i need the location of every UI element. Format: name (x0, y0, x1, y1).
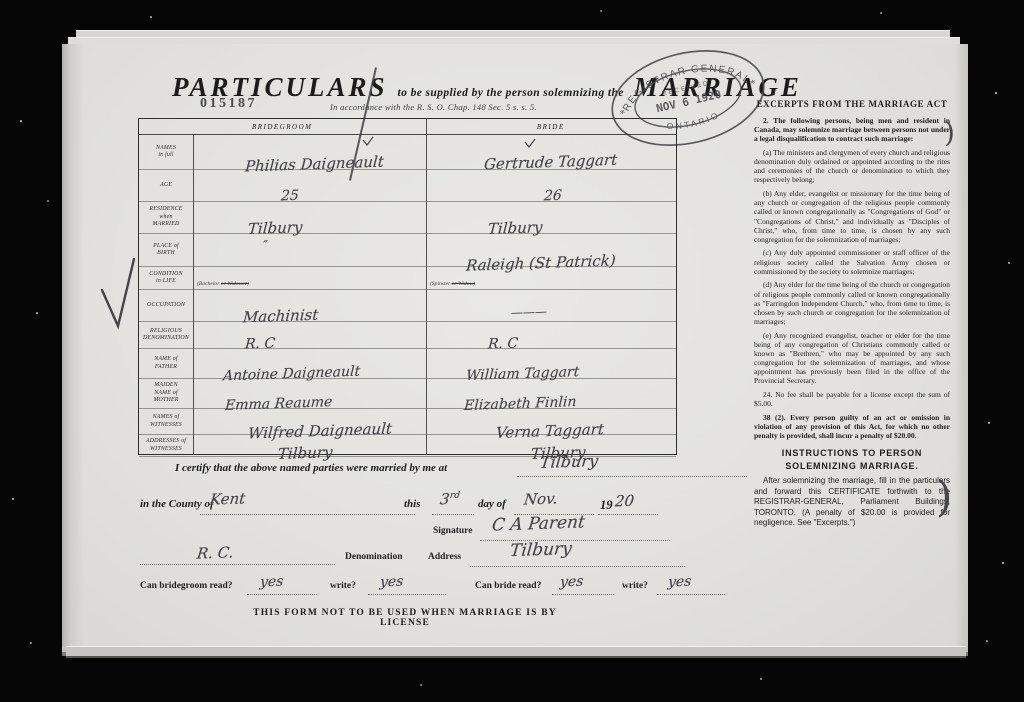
day-value: 3rd (439, 490, 461, 509)
pen-bracket-mark-top: ) (944, 116, 955, 149)
row-label-father: NAME ofFATHER (139, 349, 193, 378)
instructions-heading: INSTRUCTIONS TO PERSON SOLEMNIZING MARRI… (754, 447, 950, 472)
day-of-label: day of (478, 498, 506, 510)
row-label-residence: RESIDENCEwhenMARRIED (139, 202, 193, 233)
year-written: 20 (614, 492, 635, 511)
bride-read-label: Can bride read? (475, 581, 541, 591)
this-label: this (404, 498, 421, 510)
column-header-bride: BRIDE (425, 119, 676, 134)
signature-line (480, 540, 670, 541)
table-row-religion: RELIGIOUSDENOMINATION R. C R. C (139, 322, 676, 349)
row-label-witness-addresses: ADDRESSES ofWITNESSES (139, 435, 193, 456)
stamp-star-right: * (749, 77, 757, 90)
row-label-names: NAMESin full (139, 135, 193, 169)
act-paragraph-c: (c) Any duly appointed commissioner or s… (754, 248, 950, 275)
act-paragraph-a: (a) The ministers and clergymen of every… (754, 148, 950, 185)
row-label-age: AGE (139, 170, 193, 201)
row-label-religion: RELIGIOUSDENOMINATION (139, 322, 193, 348)
table-row-father: NAME ofFATHER Antoine Daigneault William… (139, 349, 676, 379)
table-row-names: NAMESin full Philias Daigneault Gertrude… (139, 135, 676, 170)
form-subtitle: In accordance with the R. S. O. Chap. 14… (330, 102, 537, 112)
table-divider-labels (193, 134, 194, 454)
table-row-occupation: OCCUPATION Machinist ——— (139, 290, 676, 322)
page-edge-bottom (66, 646, 966, 658)
certify-statement: I certify that the above named parties w… (175, 462, 447, 474)
day-line (432, 514, 474, 515)
groom-write-value: yes (379, 574, 404, 591)
table-row-age: AGE 25 26 (139, 170, 676, 202)
denomination-label: Denomination (345, 552, 403, 562)
groom-read-label: Can bridegroom read? (140, 581, 233, 591)
bride-condition-printed: (Spinster or Widow) (430, 281, 475, 287)
groom-write-line (368, 594, 446, 595)
excerpts-heading: EXCERPTS FROM THE MARRIAGE ACT (754, 98, 950, 110)
act-paragraph-b: (b) Any elder, evangelist or missionary … (754, 189, 950, 244)
row-label-condition: CONDITIONin LIFE (139, 267, 193, 289)
bride-read-value: yes (559, 574, 584, 591)
groom-birthplace-ditto: ″ (263, 238, 268, 252)
table-row-condition: CONDITIONin LIFE (Bachelor or Widower) (… (139, 267, 676, 290)
table-row-witnesses: NAMES ofWITNESSES Wilfred Daigneault Ver… (139, 409, 676, 435)
county-line (200, 514, 415, 515)
address-label: Address (428, 552, 461, 562)
bride-occupation-dash: ——— (511, 304, 548, 319)
act-paragraph-24: 24. No fee shall be payable for a licens… (754, 390, 950, 408)
bride-read-line (552, 594, 614, 595)
signature-value: C A Parent (491, 512, 586, 535)
act-paragraph-2: 2. The following persons, being men and … (754, 116, 950, 143)
act-paragraph-d: (d) Any elder for the time being of the … (754, 280, 950, 326)
bride-write-value: yes (667, 574, 692, 591)
denomination-line (140, 564, 335, 565)
address-value: Tilbury (509, 539, 573, 561)
groom-read-line (247, 594, 317, 595)
page-spine-shadow (62, 44, 84, 646)
row-label-birthplace: PLACE ofBIRTH (139, 234, 193, 266)
act-paragraph-e: (e) Any recognized evangelist, teacher o… (754, 331, 950, 386)
certify-place-value: Tilbury (539, 451, 599, 472)
page-right-shadow (954, 44, 968, 646)
pen-bracket-mark-bottom: ) (936, 472, 952, 521)
table-row-residence: RESIDENCEwhenMARRIED Tilbury Tilbury (139, 202, 676, 234)
row-label-mother: MAIDENNAME ofMOTHER (139, 379, 193, 408)
row-label-occupation: OCCUPATION (139, 290, 193, 321)
bride-write-line (657, 594, 725, 595)
groom-write-label: write? (330, 581, 356, 591)
marriage-act-excerpts: EXCERPTS FROM THE MARRIAGE ACT 2. The fo… (754, 98, 950, 644)
county-label: in the County of (140, 498, 214, 510)
serial-number: 015187 (200, 96, 257, 112)
signature-label: Signature (433, 526, 472, 536)
table-row-birthplace: PLACE ofBIRTH ″ Raleigh (St Patrick) (139, 234, 676, 267)
row-label-witnesses: NAMES ofWITNESSES (139, 409, 193, 434)
instructions-body: After solemnizing the marriage, fill in … (754, 476, 950, 528)
table-header-row: BRIDEGROOM BRIDE (139, 119, 676, 135)
month-value: Nov. (523, 489, 559, 508)
groom-witness-address-value: Tilbury (277, 443, 333, 463)
address-line (470, 566, 685, 567)
license-note: THIS FORM NOT TO BE USED WHEN MARRIAGE I… (240, 608, 570, 628)
denomination-value: R. C. (196, 543, 234, 562)
title-middle: to be supplied by the person solemnizing… (398, 87, 624, 99)
table-row-mother: MAIDENNAME ofMOTHER Emma Reaume Elizabet… (139, 379, 676, 409)
year-printed: 19 (600, 498, 613, 513)
year-line (598, 514, 658, 515)
certificate-page: PARTICULARS to be supplied by the person… (62, 44, 968, 646)
groom-read-value: yes (259, 574, 284, 591)
table-divider-columns (426, 119, 427, 454)
bride-write-label: write? (622, 581, 648, 591)
groom-condition-printed: (Bachelor or Widower) (197, 281, 249, 287)
pen-checkmark-large (96, 256, 140, 330)
column-header-bridegroom: BRIDEGROOM (139, 119, 425, 134)
particulars-table: BRIDEGROOM BRIDE NAMESin full Philias Da… (138, 118, 677, 455)
act-paragraph-38: 38 (2). Every person guilty of an act or… (754, 413, 950, 440)
film-speck-field (0, 0, 2, 2)
certify-place-line (517, 476, 747, 477)
county-value: Kent (209, 489, 246, 508)
